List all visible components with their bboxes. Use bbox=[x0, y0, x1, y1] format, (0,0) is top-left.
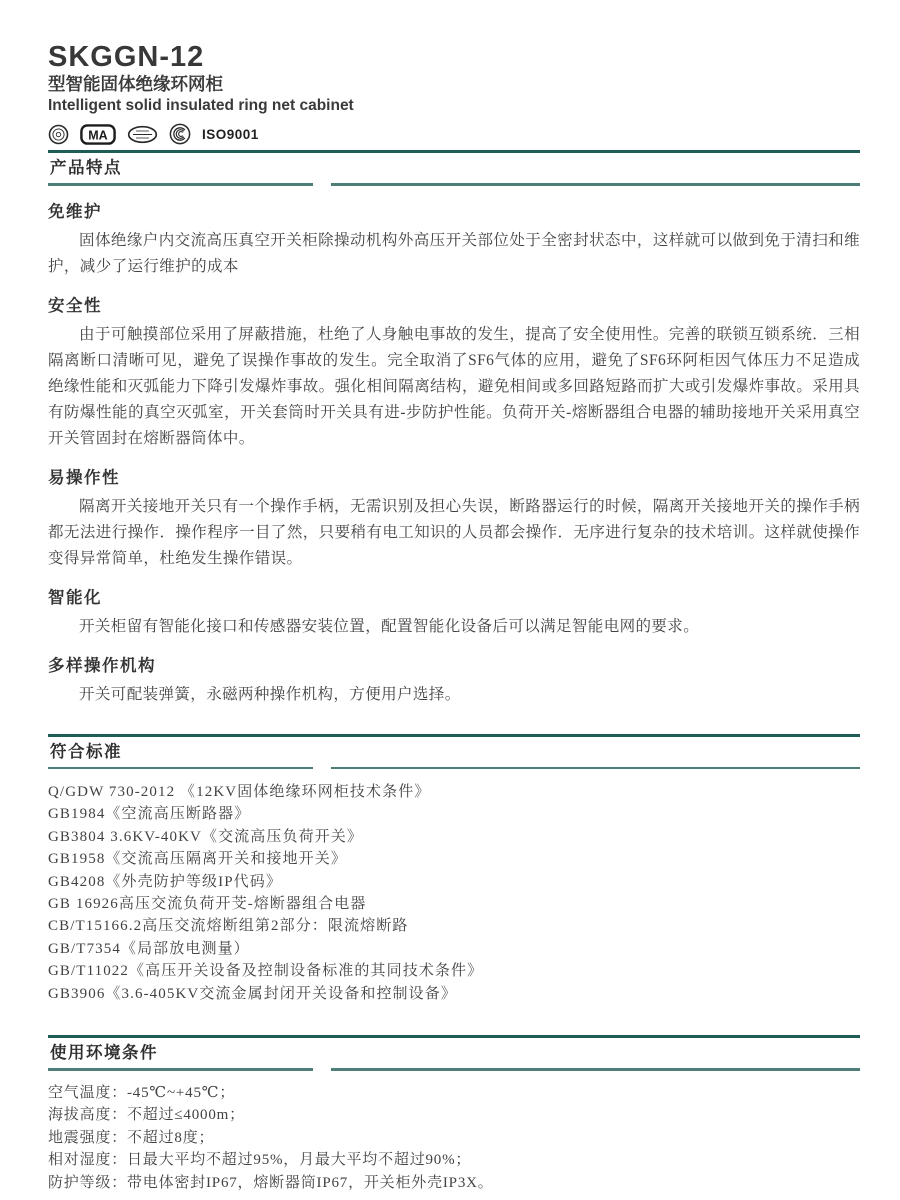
section-underline-rules bbox=[48, 1068, 860, 1071]
feature-heading: 智能化 bbox=[48, 588, 860, 608]
feature-heading: 易操作性 bbox=[48, 468, 860, 488]
ma-badge-icon: MA bbox=[80, 124, 116, 145]
environment-list: 空气温度：-45℃~+45℃； 海拔高度：不超过≤4000m； 地震强度：不超过… bbox=[48, 1082, 860, 1195]
subtitle-en: Intelligent solid insulated ring net cab… bbox=[48, 97, 860, 115]
ccc-badge-icon bbox=[169, 123, 191, 145]
rule-short bbox=[48, 767, 313, 770]
environment-line: 防护等级：带电体密封IP67，熔断器筒IP67，开关柜外壳IP3X。 bbox=[48, 1172, 860, 1195]
rule-short bbox=[48, 1068, 313, 1071]
datasheet-page: SKGGN-12 型智能固体绝缘环网柜 Intelligent solid in… bbox=[0, 0, 900, 1200]
environment-line: 海拔高度：不超过≤4000m； bbox=[48, 1104, 860, 1127]
section-title-standards: 符合标准 bbox=[48, 737, 860, 767]
section-environment: 使用环境条件 空气温度：-45℃~+45℃； 海拔高度：不超过≤4000m； 地… bbox=[48, 1035, 860, 1194]
environment-line: 地震强度：不超过8度； bbox=[48, 1127, 860, 1150]
standard-line: GB1958《交流高压隔离开关和接地开关》 bbox=[48, 848, 860, 870]
feature-item: 多样操作机构 开关可配装弹簧，永磁两种操作机构，方便用户选择。 bbox=[48, 656, 860, 708]
rule-short bbox=[48, 183, 313, 186]
feature-heading: 安全性 bbox=[48, 296, 860, 316]
rule-long bbox=[331, 183, 860, 186]
feature-item: 安全性 由于可触摸部位采用了屏蔽措施，杜绝了人身触电事故的发生，提高了安全使用性… bbox=[48, 296, 860, 452]
standard-line: GB4208《外壳防护等级IP代码》 bbox=[48, 871, 860, 893]
feature-body: 开关可配装弹簧，永磁两种操作机构，方便用户选择。 bbox=[48, 682, 860, 708]
environment-line: 空气温度：-45℃~+45℃； bbox=[48, 1082, 860, 1105]
feature-item: 免维护 固体绝缘户内交流高压真空开关柜除操动机构外高压开关部位处于全密封状态中，… bbox=[48, 202, 860, 280]
standard-line: GB/T7354《局部放电测量） bbox=[48, 938, 860, 960]
standards-list: Q/GDW 730-2012 《12KV固体绝缘环网柜技术条件》 GB1984《… bbox=[48, 781, 860, 1005]
feature-item: 智能化 开关柜留有智能化接口和传感器安装位置，配置智能化设备后可以满足智能电网的… bbox=[48, 588, 860, 640]
standard-line: Q/GDW 730-2012 《12KV固体绝缘环网柜技术条件》 bbox=[48, 781, 860, 803]
ma-badge-label: MA bbox=[88, 128, 107, 142]
feature-item: 易操作性 隔离开关接地开关只有一个操作手柄，无需识别及担心失误，断路器运行的时候… bbox=[48, 468, 860, 572]
section-product-features: 产品特点 免维护 固体绝缘户内交流高压真空开关柜除操动机构外高压开关部位处于全密… bbox=[48, 150, 860, 708]
section-underline-rules bbox=[48, 767, 860, 770]
feature-body: 固体绝缘户内交流高压真空开关柜除操动机构外高压开关部位处于全密封状态中，这样就可… bbox=[48, 228, 860, 280]
standard-line: GB/T11022《高压开关设备及控制设备标准的其同技术条件》 bbox=[48, 960, 860, 982]
rule-long bbox=[331, 1068, 860, 1071]
feature-body: 开关柜留有智能化接口和传感器安装位置，配置智能化设备后可以满足智能电网的要求。 bbox=[48, 614, 860, 640]
environment-line: 相对湿度：日最大平均不超过95%，月最大平均不超过90%； bbox=[48, 1149, 860, 1172]
cqc-badge-icon bbox=[48, 124, 69, 145]
header: SKGGN-12 型智能固体绝缘环网柜 Intelligent solid in… bbox=[48, 42, 860, 146]
standard-line: GB1984《空流高压断路器》 bbox=[48, 803, 860, 825]
section-standards: 符合标准 Q/GDW 730-2012 《12KV固体绝缘环网柜技术条件》 GB… bbox=[48, 734, 860, 1006]
standard-line: GB3906《3.6-405KV交流金属封闭开关设备和控制设备》 bbox=[48, 983, 860, 1005]
model-title: SKGGN-12 bbox=[48, 42, 860, 72]
feature-body: 由于可触摸部位采用了屏蔽措施，杜绝了人身触电事故的发生，提高了安全使用性。完善的… bbox=[48, 322, 860, 452]
standard-line: CB/T15166.2高压交流熔断组第2部分：限流熔断路 bbox=[48, 915, 860, 937]
section-title-environment: 使用环境条件 bbox=[48, 1038, 860, 1068]
cnas-badge-icon bbox=[127, 125, 158, 144]
standard-line: GB 16926高压交流负荷开芠-熔断器组合电器 bbox=[48, 893, 860, 915]
feature-body: 隔离开关接地开关只有一个操作手柄，无需识别及担心失误，断路器运行的时候，隔离开关… bbox=[48, 494, 860, 572]
feature-heading: 免维护 bbox=[48, 202, 860, 222]
subtitle-zh: 型智能固体绝缘环网柜 bbox=[48, 73, 860, 95]
section-title-features: 产品特点 bbox=[48, 153, 860, 183]
rule-long bbox=[331, 767, 860, 770]
certification-row: MA ISO9001 bbox=[48, 122, 860, 146]
section-underline-rules bbox=[48, 183, 860, 186]
feature-heading: 多样操作机构 bbox=[48, 656, 860, 676]
iso9001-label: ISO9001 bbox=[202, 127, 259, 142]
standard-line: GB3804 3.6KV-40KV《交流高压负荷开关》 bbox=[48, 826, 860, 848]
